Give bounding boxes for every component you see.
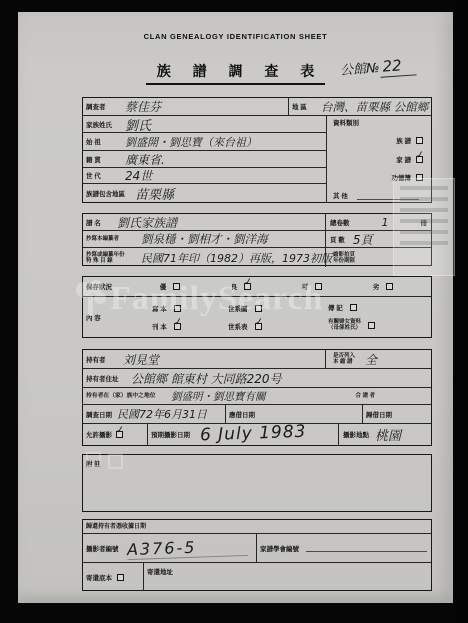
included-label-stack: 是否列入 本 縮 譜	[330, 353, 358, 365]
content-print-checkbox: ✓	[174, 323, 181, 330]
generations-label: 世 代	[83, 171, 125, 180]
coverage-label: 族譜包含地區	[83, 189, 135, 198]
book-title-row: 譜 名 劉氏家族譜 總卷數 1 冊	[83, 214, 431, 231]
receipt-date-row: 歸還持有者憑收據日期	[83, 520, 431, 534]
volumes-cell: 總卷數 1 冊	[326, 216, 431, 229]
form-title: 族 譜 調 查 表	[146, 61, 326, 85]
admin-section: 歸還持有者憑收據日期 攝影者編號 A376-5 家譜學會編號 寄還底本 ✓ 寄還…	[82, 519, 432, 591]
coverage-value: 苗栗縣	[135, 184, 326, 203]
society-number-cell: 家譜學會編號	[257, 544, 431, 553]
category-other-blank-line	[357, 192, 419, 200]
condition-good-label: 良	[228, 282, 241, 291]
content-manuscript-label: 寫 本	[149, 304, 170, 313]
photo-permit-label: 允許攝影	[86, 430, 112, 439]
compiler-label: 抄寫本編纂者	[83, 236, 141, 242]
return-copy-checkbox: ✓	[117, 574, 124, 581]
condition-fair-checkbox: ✓	[315, 283, 322, 290]
form-english-title: CLAN GENEALOGY IDENTIFICATION SHEET	[18, 32, 453, 41]
photographer-number-label: 攝影者編號	[83, 544, 127, 553]
generations-value: 24世	[125, 167, 326, 184]
content-lineage-table-label: 世系表	[225, 322, 251, 331]
return-copy-label: 寄還底本	[86, 573, 112, 582]
surname-row: 家族姓氏 劉氏	[83, 116, 326, 133]
check-mark-icon: ✓	[244, 276, 254, 288]
pages-value: 5頁	[353, 231, 373, 248]
category-family-genealogy-label: 家 譜	[396, 155, 411, 164]
owner-section: 持有者 刘見堂 是否列入 本 縮 譜 全 持有者住址 公館鄉 館東村 大同路22…	[82, 349, 432, 446]
content-options: 寫 本 ✓ 刊 本 ✓ 世系圖 ✓	[133, 297, 431, 337]
included-label-line2: 本 縮 譜	[330, 359, 358, 365]
category-other-label: 其 他	[333, 191, 348, 200]
content-women-data: 有關婦女資料 （母係姓氏） ✓	[325, 319, 431, 331]
society-number-blank-line	[306, 544, 427, 552]
condition-excellent-label: 優	[157, 282, 170, 291]
volumes-label: 總卷數	[330, 218, 350, 227]
book-title-value: 劉氏家族譜	[117, 214, 325, 231]
genealogy-form-sheet: CLAN GENEALOGY IDENTIFICATION SHEET 族 譜 …	[18, 12, 453, 603]
condition-good-checkbox: ✓	[244, 283, 251, 290]
photo-date-label: 預期攝影日期	[148, 430, 200, 439]
generations-row: 世 代 24世	[83, 168, 326, 184]
owner-address-value: 公館鄉 館東村 大同路220号	[131, 370, 431, 387]
owner-position-suffix: 合 譜 者	[352, 393, 431, 399]
year-label-stack: 抄寫或編纂年份 特 殊 目 錄	[83, 252, 141, 264]
owner-row: 持有者 刘見堂 是否列入 本 縮 譜 全	[83, 350, 431, 369]
origin-label: 籍 貫	[83, 155, 125, 164]
included-value: 全	[365, 351, 377, 368]
survey-date-label: 調查日期	[83, 410, 117, 419]
check-mark-icon: ✓	[254, 316, 264, 328]
content-biography-label: 傳 記	[325, 303, 346, 312]
pages-cell: 頁 數 5頁	[326, 231, 431, 248]
condition-section: 保存狀況 優 ✓ 良 ✓ 可 ✓ 劣	[82, 276, 432, 338]
condition-poor-label: 劣	[370, 282, 383, 291]
content-lineage-table-checkbox: ✓	[255, 323, 262, 330]
content-manuscript-checkbox: ✓	[174, 305, 181, 312]
check-mark-icon: ✓	[173, 316, 183, 328]
surveyor-row: 調查者 蔡佳芬 地 區 台灣、苗栗縣 公館鄉	[83, 98, 431, 116]
edition-year-value: 民國71年印（1982）再版，1973初版	[141, 250, 325, 266]
category-merit-book-label: 功德簿	[392, 173, 412, 182]
photo-place-value: 桃園	[375, 425, 401, 444]
category-other: 其 他	[333, 191, 427, 200]
content-print-label: 刊 本	[149, 322, 170, 331]
origin-row: 籍 貫 廣東省.	[83, 151, 326, 168]
society-number-label: 家譜學會編號	[257, 544, 302, 553]
content-col-extra: 傳 記 ✓ 有關婦女資料 （母係姓氏） ✓	[325, 297, 431, 337]
content-col-form: 寫 本 ✓ 刊 本 ✓	[133, 297, 225, 337]
area-label: 地 區	[289, 102, 321, 111]
content-women-checkbox: ✓	[368, 322, 375, 329]
material-category-label: 資料類別	[333, 118, 427, 127]
owner-value: 刘見堂	[123, 351, 325, 368]
owner-position-value: 劉盛明・劉思寶有關	[171, 389, 352, 404]
pages-label: 頁 數	[330, 235, 345, 244]
content-label: 內 容	[83, 313, 133, 322]
condition-poor: 劣 ✓	[370, 282, 394, 291]
return-copy-row: 寄還底本 ✓ 寄還地址	[83, 563, 431, 591]
condition-row: 保存狀況 優 ✓ 良 ✓ 可 ✓ 劣	[83, 277, 431, 297]
coverage-row: 族譜包含地區 苗栗縣	[83, 184, 326, 202]
edition-year-row: 抄寫或編纂年份 特 殊 目 錄 民國71年印（1982）再版，1973初版 縮影…	[83, 248, 431, 267]
content-manuscript: 寫 本 ✓	[149, 304, 225, 313]
surname-label: 家族姓氏	[83, 120, 125, 129]
surveyor-value: 蔡佳芬	[125, 98, 288, 115]
notes-row: 附 註	[83, 455, 431, 511]
category-option: 家 譜 ✓	[333, 155, 427, 164]
owner-address-row: 持有者住址 公館鄉 館東村 大同路220号	[83, 369, 431, 388]
photographer-number-row: 攝影者編號 A376-5 家譜學會編號	[83, 534, 431, 563]
microfilm-label-stack: 縮影拍頁 年份期限	[326, 252, 431, 264]
reference-prefix: 公館№	[340, 61, 380, 79]
volumes-value: 1	[382, 216, 389, 229]
material-category-cell: 資料類別 族 譜 ✓ 家 譜 ✓ 功德簿 ✓ 其 他	[326, 116, 431, 202]
dates-row: 調查日期 民國72年6月31日 應借日期 歸借日期	[83, 405, 431, 424]
photo-place-cell: 攝影地點 桃園	[339, 425, 431, 444]
compiler-value: 劉泉穩・劉相才・劉洋海	[141, 231, 325, 247]
category-family-genealogy-checkbox: ✓	[416, 156, 423, 163]
notes-section: 附 註	[82, 454, 432, 512]
content-row: 內 容 寫 本 ✓ 刊 本 ✓ 世系圖	[83, 297, 431, 337]
check-mark-icon: ✓	[115, 424, 125, 436]
category-option: 功德簿 ✓	[333, 173, 427, 182]
condition-good: 良 ✓	[228, 282, 252, 291]
women-label-stack: 有關婦女資料 （母係姓氏）	[325, 319, 364, 331]
category-clan-genealogy-checkbox: ✓	[416, 137, 423, 144]
identity-section: 調查者 蔡佳芬 地 區 台灣、苗栗縣 公館鄉 家族姓氏 劉氏 始 祖 劉盛開・劉…	[82, 97, 432, 203]
survey-date-value: 民國72年6月31日	[117, 406, 225, 422]
receipt-date-label: 歸還持有者憑收據日期	[83, 524, 149, 530]
origin-value: 廣東省.	[125, 151, 326, 168]
owner-address-label: 持有者住址	[83, 374, 131, 383]
content-lineage-table: 世系表 ✓	[225, 322, 325, 331]
condition-poor-checkbox: ✓	[386, 283, 393, 290]
condition-fair: 可 ✓	[299, 282, 323, 291]
microfilm-scan-frame: CLAN GENEALOGY IDENTIFICATION SHEET 族 譜 …	[0, 0, 468, 623]
microfilm-label-line2: 年份期限	[330, 258, 427, 264]
photographer-number-value: A376-5	[127, 536, 249, 560]
photography-row: 允許攝影 ✓ 預期攝影日期 6 July 1983 攝影地點 桃園	[83, 424, 431, 445]
return-address-label: 寄還地址	[144, 563, 176, 576]
identity-body: 家族姓氏 劉氏 始 祖 劉盛開・劉思寶（來台祖） 籍 貫 廣東省. 世 代 24…	[83, 116, 431, 202]
book-section: 譜 名 劉氏家族譜 總卷數 1 冊 抄寫本編纂者 劉泉穩・劉相才・劉洋海 頁 數…	[82, 213, 432, 266]
photo-permit-cell: 允許攝影 ✓	[83, 430, 147, 439]
reference-number: 22	[379, 55, 416, 77]
content-lineage-chart: 世系圖 ✓	[225, 304, 325, 313]
content-women-label-line2: （母係姓氏）	[325, 325, 364, 331]
content-biography: 傳 記 ✓	[325, 303, 431, 312]
content-biography-checkbox: ✓	[350, 304, 357, 311]
content-lineage-chart-label: 世系圖	[225, 304, 251, 313]
volumes-unit-label: 冊	[421, 218, 428, 227]
content-lineage-chart-checkbox: ✓	[255, 305, 262, 312]
included-cell: 是否列入 本 縮 譜 全	[326, 351, 431, 368]
return-copy-cell: 寄還底本 ✓	[83, 573, 143, 582]
condition-excellent: 優 ✓	[157, 282, 181, 291]
category-clan-genealogy-label: 族 譜	[396, 136, 411, 145]
photo-date-value: 6 July 1983	[200, 420, 339, 445]
surveyor-label: 調查者	[83, 102, 125, 111]
condition-options: 優 ✓ 良 ✓ 可 ✓ 劣 ✓	[133, 282, 431, 291]
ancestor-value: 劉盛開・劉思寶（來台祖）	[125, 134, 326, 150]
category-option: 族 譜 ✓	[333, 136, 427, 145]
borrow-date-label: 應借日期	[226, 410, 266, 419]
content-col-lineage: 世系圖 ✓ 世系表 ✓	[225, 297, 325, 337]
condition-fair-label: 可	[299, 282, 312, 291]
content-print: 刊 本 ✓	[149, 322, 225, 331]
book-title-label: 譜 名	[83, 218, 117, 227]
area-value: 台灣、苗栗縣 公館鄉	[321, 99, 431, 115]
condition-excellent-checkbox: ✓	[173, 283, 180, 290]
identity-left-column: 家族姓氏 劉氏 始 祖 劉盛開・劉思寶（來台祖） 籍 貫 廣東省. 世 代 24…	[83, 116, 326, 202]
owner-position-row: 持有者在（家）族中之地位 劉盛明・劉思寶有關 合 譜 者	[83, 388, 431, 405]
ancestor-label: 始 祖	[83, 137, 125, 146]
return-date-label: 歸借日期	[363, 410, 403, 419]
compiler-row: 抄寫本編纂者 劉泉穩・劉相才・劉洋海 頁 數 5頁	[83, 231, 431, 248]
photo-permit-checkbox: ✓	[116, 431, 123, 438]
notes-label: 附 註	[83, 455, 104, 468]
surname-value: 劉氏	[125, 115, 326, 134]
year-label-line2: 特 殊 目 錄	[83, 258, 141, 264]
category-merit-book-checkbox: ✓	[416, 174, 423, 181]
owner-position-label: 持有者在（家）族中之地位	[83, 393, 171, 399]
photo-place-label: 攝影地點	[343, 430, 369, 439]
owner-label: 持有者	[83, 355, 123, 364]
ancestor-row: 始 祖 劉盛開・劉思寶（來台祖）	[83, 133, 326, 151]
check-mark-icon: ✓	[415, 149, 425, 161]
condition-label: 保存狀況	[83, 282, 133, 291]
